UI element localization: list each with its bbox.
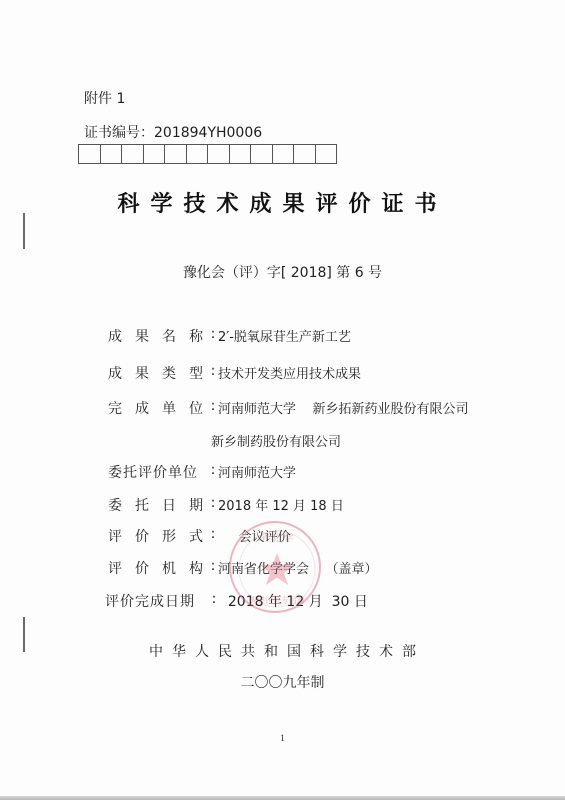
code-box xyxy=(143,144,166,164)
official-seal: 省 化 学 成果评价专用章 xyxy=(229,521,321,613)
code-box xyxy=(207,144,230,164)
field-commission-date: 委托日期:2018 年 12 月 18 日 xyxy=(108,495,344,515)
attachment-label: 附件 1 xyxy=(84,88,125,108)
field-completing-units: 完成单位:河南师范大学 新乡拓新药业股份有限公司 xyxy=(108,398,469,418)
field-colon: : xyxy=(209,591,219,611)
svg-text:省 化 学: 省 化 学 xyxy=(261,532,294,544)
field-colon: : xyxy=(208,495,218,515)
code-boxes xyxy=(78,144,337,164)
field-achievement-name: 成果名称:2′-脱氧尿苷生产新工艺 xyxy=(108,326,351,346)
seal-star-icon: 省 化 学 成果评价专用章 xyxy=(231,523,323,615)
field-value: 技术开发类应用技术成果 xyxy=(218,363,361,383)
code-box xyxy=(293,144,316,164)
code-box xyxy=(164,144,187,164)
code-box xyxy=(272,144,295,164)
field-achievement-type: 成果类型:技术开发类应用技术成果 xyxy=(108,363,361,383)
field-colon: : xyxy=(208,558,218,578)
field-colon: : xyxy=(208,398,218,418)
code-box xyxy=(315,144,338,164)
field-colon: : xyxy=(208,363,218,383)
field-label: 评价完成日期 xyxy=(105,591,209,611)
field-label: 完成单位 xyxy=(108,398,208,418)
field-colon: : xyxy=(208,526,218,546)
field-label: 成果名称 xyxy=(108,326,208,346)
code-box xyxy=(186,144,209,164)
code-box xyxy=(78,144,101,164)
field-value: 河南师范大学 xyxy=(218,462,296,482)
field-value: 河南师范大学 新乡拓新药业股份有限公司 xyxy=(218,398,469,418)
field-label: 成果类型 xyxy=(108,363,208,383)
document-title: 科学技术成果评价证书 xyxy=(0,187,565,218)
staple-mark xyxy=(23,213,25,249)
field-label: 委托日期 xyxy=(108,495,208,515)
field-value: 2018 年 12 月 18 日 xyxy=(218,495,344,515)
code-box xyxy=(121,144,144,164)
field-label: 评价形式 xyxy=(108,526,208,546)
page-bottom-edge xyxy=(0,796,565,800)
field-completing-units-line2: 新乡制药股份有限公司 xyxy=(211,431,341,450)
made-year: 二〇〇九年制 xyxy=(0,672,565,692)
document-number: 豫化会（评）字[ 2018] 第 6 号 xyxy=(0,262,565,282)
field-label: 委托评价单位 xyxy=(108,462,208,482)
field-colon: : xyxy=(208,462,218,482)
code-box xyxy=(250,144,273,164)
issuing-ministry: 中华人民共和国科学技术部 xyxy=(0,641,565,661)
field-value: 2′-脱氧尿苷生产新工艺 xyxy=(218,326,351,346)
certificate-number: 证书编号：201894YH0006 xyxy=(84,122,262,142)
code-box xyxy=(100,144,123,164)
field-colon: : xyxy=(208,326,218,346)
certificate-number-label: 证书编号： xyxy=(84,125,154,141)
certificate-number-value: 201894YH0006 xyxy=(154,125,262,141)
field-commissioning-unit: 委托评价单位:河南师范大学 xyxy=(108,462,296,482)
page-number: 1 xyxy=(0,733,565,743)
field-label: 评价机构 xyxy=(108,558,208,578)
svg-text:成果评价专用章: 成果评价专用章 xyxy=(249,595,305,605)
code-box xyxy=(229,144,252,164)
staple-mark xyxy=(23,617,25,652)
